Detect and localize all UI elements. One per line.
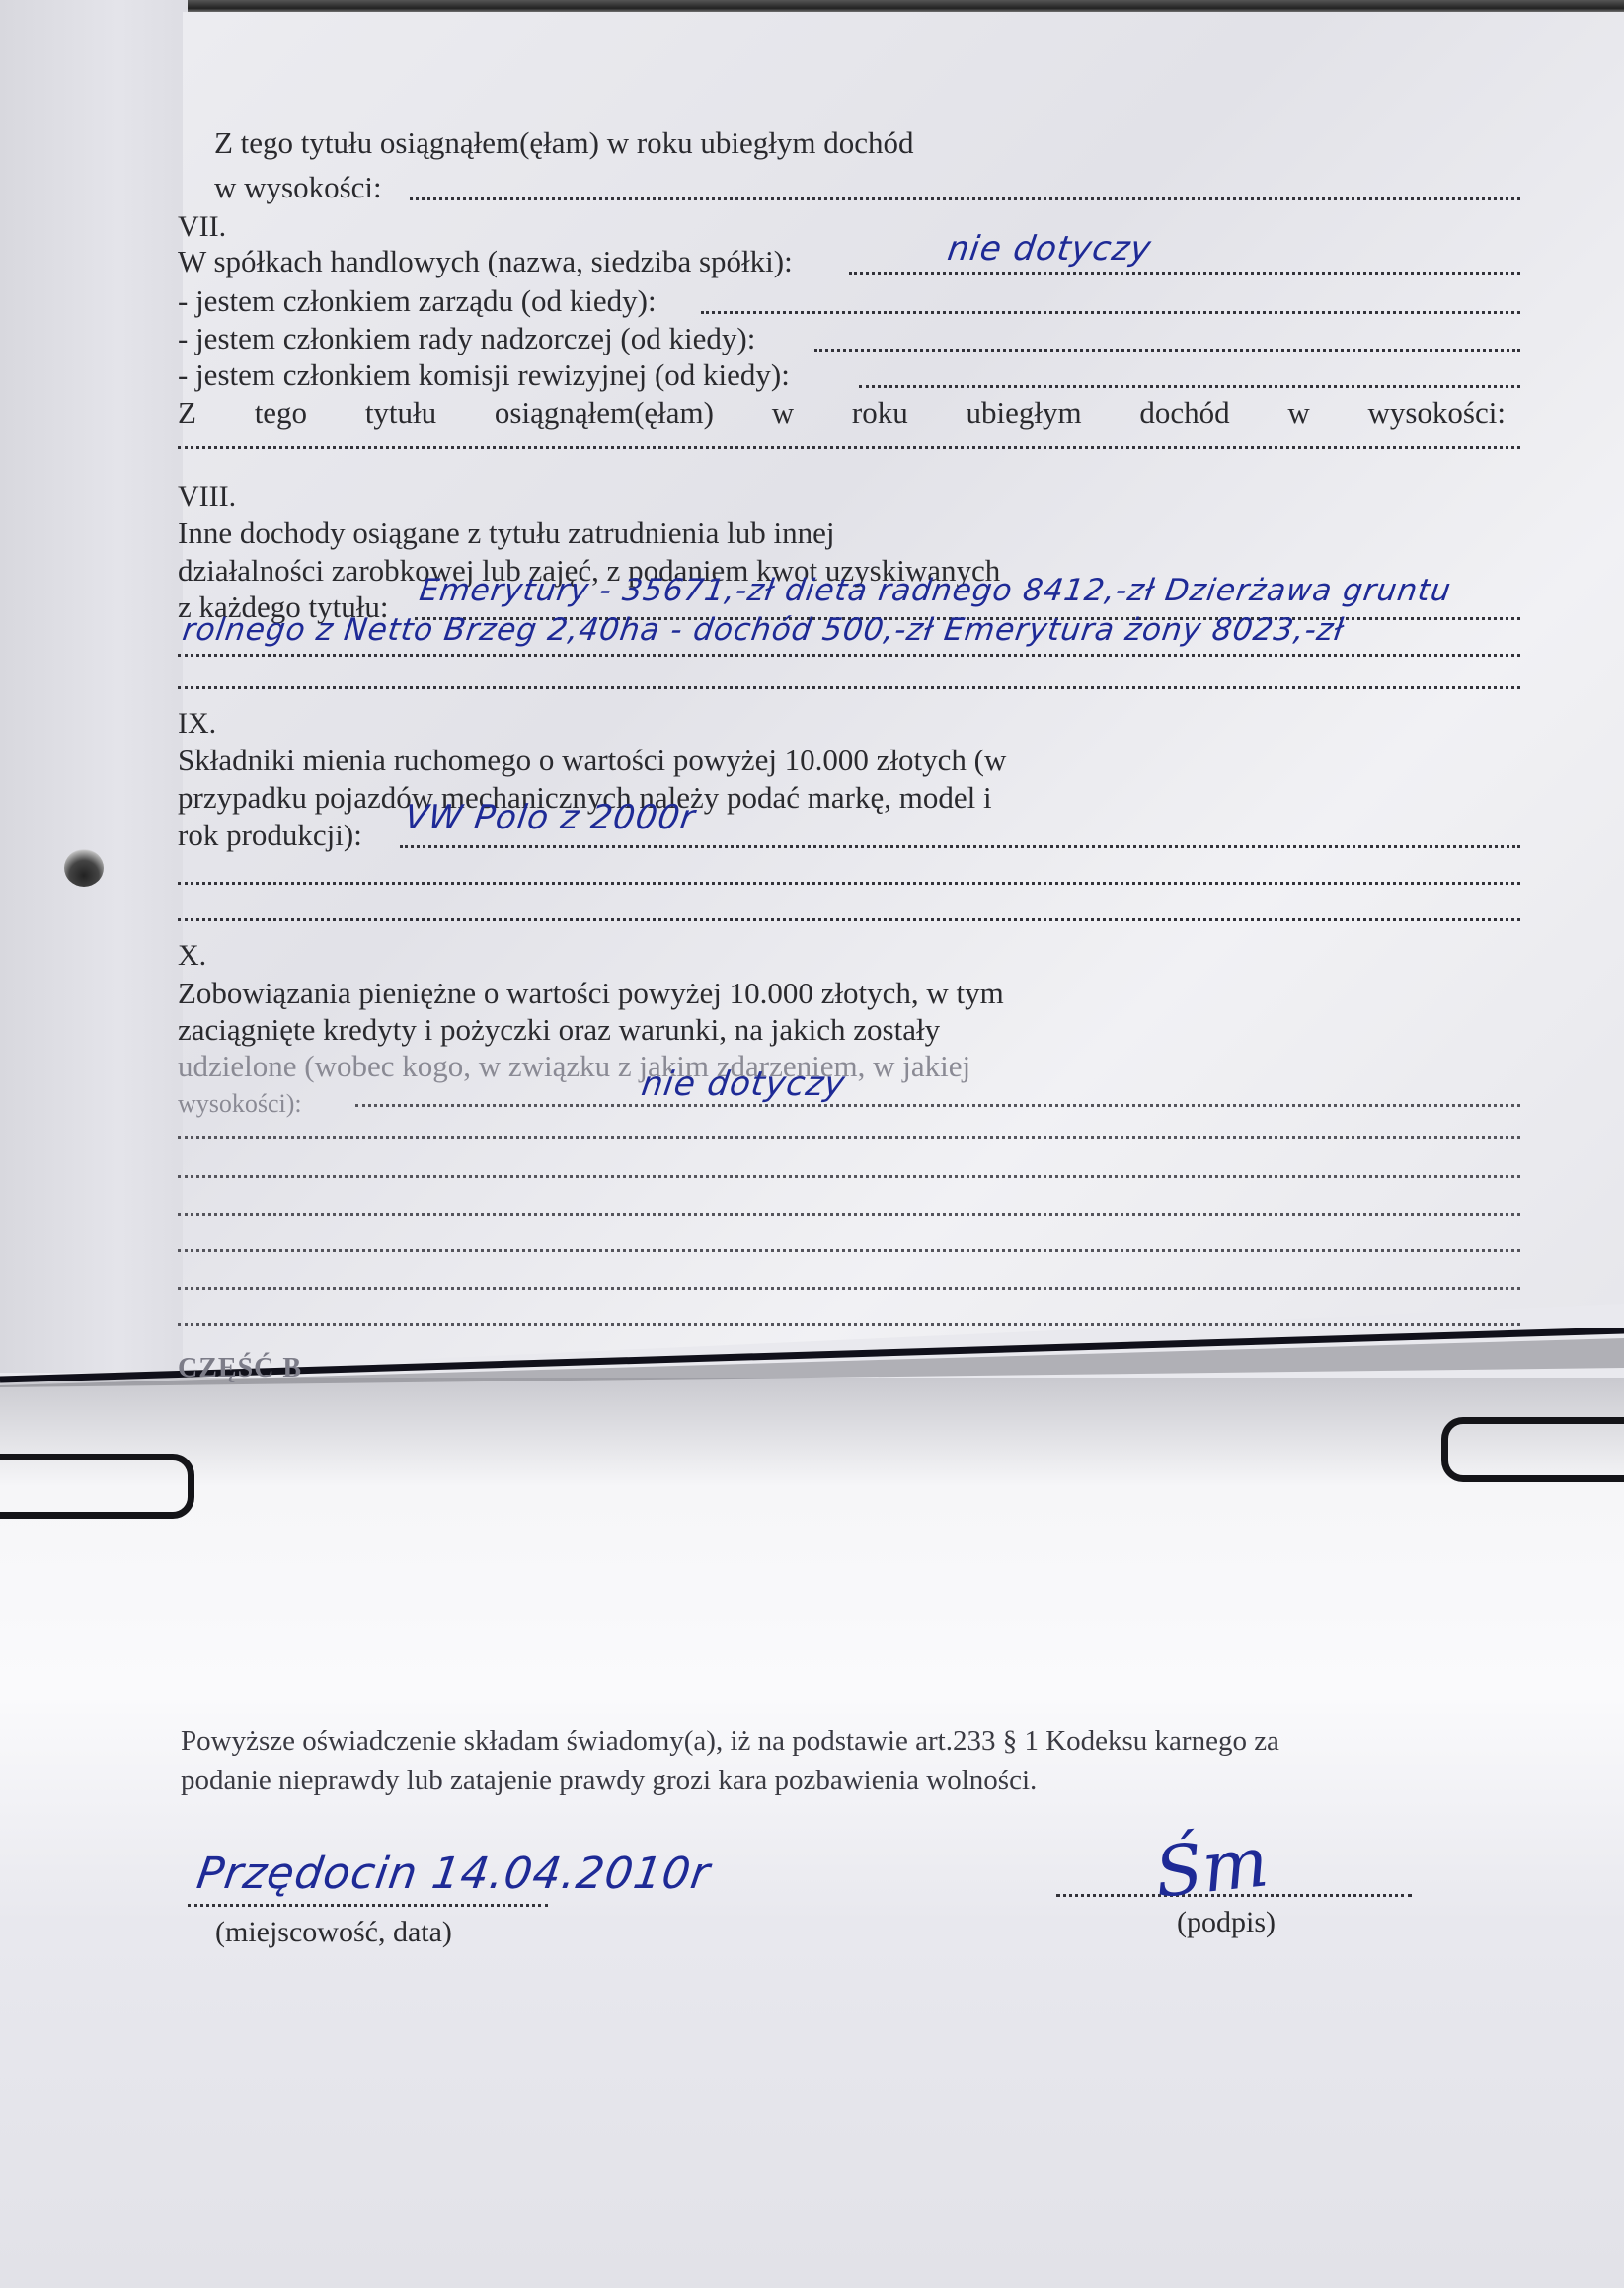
part-b-heading: CZĘŚĆ B [178,1353,302,1384]
section-viii-handwritten-1: Emerytury - 35671,-zł dieta radnego 8412… [417,573,1453,608]
signature-label: (podpis) [1177,1906,1276,1939]
place-date-value: Przędocin 14.04.2010r [193,1849,713,1899]
section-vii-companies-label: W spółkach handlowych (nazwa, siedziba s… [178,244,793,279]
section-ix-handwritten-value: VW Polo z 2000r [402,798,698,837]
section-x-field-4[interactable] [178,1213,1520,1216]
section-x-field-2[interactable] [178,1136,1520,1139]
section-vii-income-label: Z tego tytułu osiągnąłem(ęłam) w roku ub… [178,395,1506,431]
place-date-label: (miejscowość, data) [215,1916,452,1949]
section-x-handwritten-value: nie dotyczy [639,1065,848,1104]
punch-hole [64,849,104,887]
upper-sheet [183,12,1624,1370]
background-page-strip [0,0,197,1373]
section-x-field-7[interactable] [178,1323,1520,1326]
signature-value: Śm [1151,1821,1272,1914]
section-x-line4: wysokości): [178,1086,302,1122]
section-vii-companies-value: nie dotyczy [945,229,1154,269]
section-ix-line3: rok produkcji): [178,818,362,853]
section-vii-board-field[interactable] [701,311,1520,314]
section-vi-income-line1: Z tego tytułu osiągnąłem(ęłam) w roku ub… [214,125,914,161]
section-ix-number: IX. [178,706,216,742]
section-vii-board-label: - jestem członkiem zarządu (od kiedy): [178,283,657,319]
section-vii-number: VII. [178,209,226,245]
section-ix-field-2[interactable] [178,882,1520,885]
paper-clip-right-icon [1441,1417,1624,1482]
declaration-line2: podanie nieprawdy lub zatajenie prawdy g… [181,1763,1037,1798]
section-vi-income-field[interactable] [410,197,1520,200]
section-vii-audit-label: - jestem członkiem komisji rewizyjnej (o… [178,357,790,393]
section-x-line2: zaciągnięte kredyty i pożyczki oraz waru… [178,1012,940,1048]
lower-sheet [0,1378,1624,2288]
section-x-field-5[interactable] [178,1249,1520,1252]
declaration-line1: Powyższe oświadczenie składam świadomy(a… [181,1723,1279,1759]
place-date-field[interactable] [188,1904,548,1907]
section-viii-number: VIII. [178,479,236,514]
section-ix-line1: Składniki mienia ruchomego o wartości po… [178,743,1006,778]
section-vi-income-line2: w wysokości: [214,170,382,205]
section-x-line1: Zobowiązania pieniężne o wartości powyże… [178,976,1004,1011]
section-x-field-3[interactable] [178,1175,1520,1178]
section-vii-income-field[interactable] [178,446,1520,449]
top-page-edge [188,0,1624,14]
section-viii-field-2[interactable] [178,654,1520,657]
section-viii-field-3[interactable] [178,686,1520,689]
section-vii-supervisory-field[interactable] [814,349,1520,352]
section-x-field-6[interactable] [178,1287,1520,1290]
section-vii-supervisory-label: - jestem członkiem rady nadzorczej (od k… [178,321,755,356]
paper-clip-left-icon [0,1454,194,1519]
section-x-field-1[interactable] [355,1104,1520,1107]
section-ix-field-1[interactable] [400,845,1520,848]
section-vii-audit-field[interactable] [859,385,1520,388]
section-viii-handwritten-2: rolnego z Netto Brzeg 2,40ha - dochód 50… [180,612,1346,648]
section-ix-field-3[interactable] [178,918,1520,921]
section-x-line3: udzielone (wobec kogo, w związku z jakim… [178,1049,970,1084]
section-viii-line1: Inne dochody osiągane z tytułu zatrudnie… [178,515,834,551]
section-vii-companies-field[interactable] [849,272,1520,275]
section-x-number: X. [178,938,206,974]
